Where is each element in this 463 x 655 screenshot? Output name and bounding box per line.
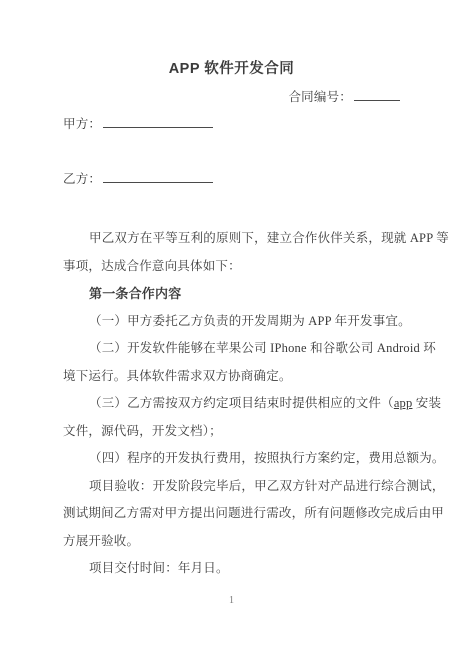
document-page: APP 软件开发合同合同编号：甲方：乙方：甲乙双方在平等互利的原则下，建立合作伙… bbox=[0, 0, 463, 655]
text-segment: 测试期间乙方需对甲方提出问题进行需改，所有问题修改完成后由甲 bbox=[63, 506, 444, 520]
clause-4-line: （四）程序的开发执行费用，按照执行方案约定，费用总额为。 bbox=[63, 445, 400, 473]
party-a-line: 甲方： bbox=[63, 111, 400, 139]
clause-2-line-1: （二）开发软件能够在苹果公司 IPhone 和谷歌公司 Android 环 bbox=[63, 335, 400, 363]
fill-in-blank bbox=[103, 170, 213, 183]
page-number: 1 bbox=[0, 595, 463, 606]
text-segment: （四）程序的开发执行费用，按照执行方案约定，费用总额为。 bbox=[89, 451, 445, 465]
document-body: APP 软件开发合同合同编号：甲方：乙方：甲乙双方在平等互利的原则下，建立合作伙… bbox=[63, 56, 400, 583]
clause-3-line-1: （三）乙方需按双方约定项目结束时提供相应的文件（app 安装 bbox=[63, 390, 400, 418]
fill-in-blank bbox=[354, 88, 400, 101]
acceptance-line-2: 测试期间乙方需对甲方提出问题进行需改，所有问题修改完成后由甲 bbox=[63, 500, 400, 528]
blank-line bbox=[63, 194, 400, 222]
clause-2-line-2: 境下运行。具体软件需求双方协商确定。 bbox=[63, 363, 400, 391]
clause-1-line: （一）甲方委托乙方负责的开发周期为 APP 年开发事宜。 bbox=[63, 308, 400, 336]
clause-3-line-2: 文件，源代码，开发文档）； bbox=[63, 418, 400, 446]
text-segment: 甲乙双方在平等互利的原则下，建立合作伙伴关系，现就 APP 等 bbox=[89, 231, 449, 245]
party-b-line: 乙方： bbox=[63, 166, 400, 194]
delivery-line: 项目交付时间：年月日。 bbox=[63, 555, 400, 583]
acceptance-line-1: 项目验收：开发阶段完毕后，甲乙双方针对产品进行综合测试， bbox=[63, 473, 400, 501]
intro-line-1: 甲乙双方在平等互利的原则下，建立合作伙伴关系，现就 APP 等 bbox=[63, 225, 400, 253]
text-segment: 文件，源代码，开发文档）； bbox=[63, 424, 222, 438]
contract-number-line: 合同编号： bbox=[63, 84, 400, 112]
text-segment: 境下运行。具体软件需求双方协商确定。 bbox=[63, 369, 292, 383]
text-segment: 事项，达成合作意向具体如下： bbox=[63, 259, 241, 273]
text-segment: （二）开发软件能够在苹果公司 IPhone 和谷歌公司 Android 环 bbox=[89, 341, 436, 355]
text-segment: （一）甲方委托乙方负责的开发周期为 APP 年开发事宜。 bbox=[89, 314, 411, 328]
text-segment: 甲方： bbox=[63, 117, 101, 131]
acceptance-line-3: 方展开验收。 bbox=[63, 528, 400, 556]
blank-line bbox=[63, 139, 400, 167]
text-segment: 第一条合作内容 bbox=[89, 286, 181, 301]
underlined-text: app bbox=[394, 396, 413, 410]
section-heading: 第一条合作内容 bbox=[63, 280, 400, 308]
document-title: APP 软件开发合同 bbox=[63, 56, 400, 84]
text-segment: APP 软件开发合同 bbox=[169, 61, 295, 77]
text-segment: 方展开验收。 bbox=[63, 534, 139, 548]
intro-line-2: 事项，达成合作意向具体如下： bbox=[63, 253, 400, 281]
fill-in-blank bbox=[103, 115, 213, 128]
text-segment: 安装 bbox=[412, 396, 441, 410]
text-segment: 乙方： bbox=[63, 172, 101, 186]
text-segment: 合同编号： bbox=[288, 90, 352, 104]
text-segment: 项目验收：开发阶段完毕后，甲乙双方针对产品进行综合测试， bbox=[89, 479, 445, 493]
text-segment: 项目交付时间：年月日。 bbox=[89, 561, 229, 575]
text-segment: （三）乙方需按双方约定项目结束时提供相应的文件（ bbox=[89, 396, 394, 410]
